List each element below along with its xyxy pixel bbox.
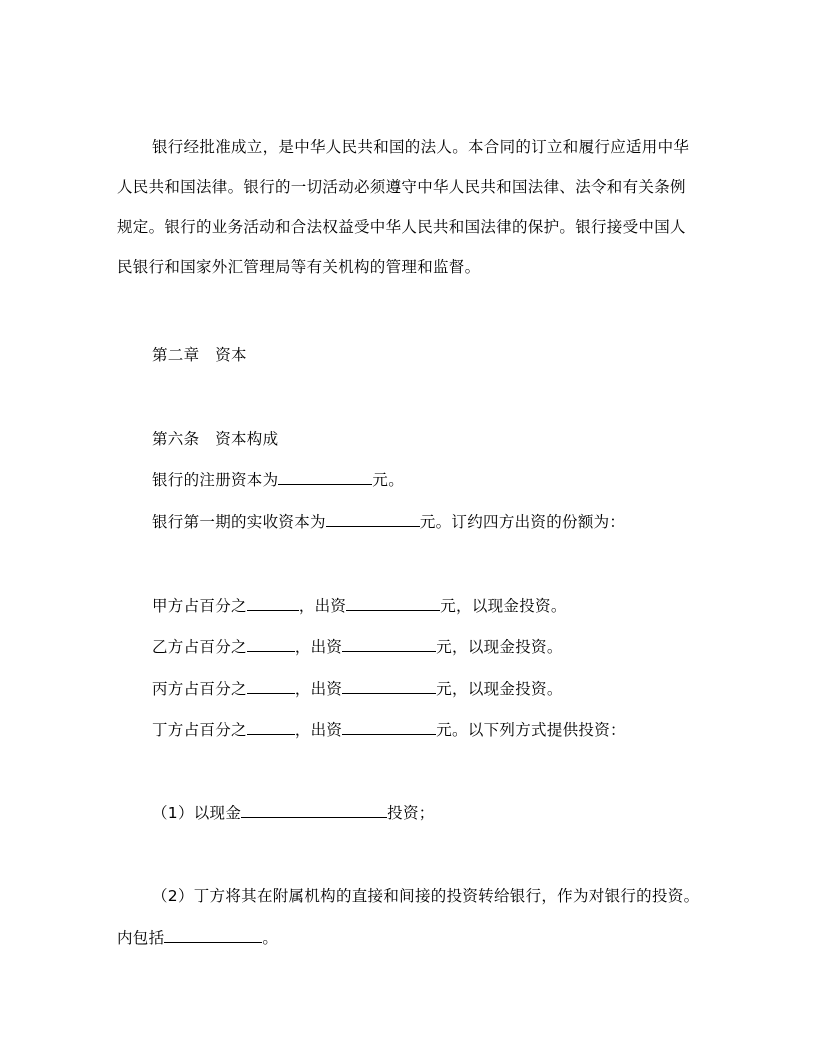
item-2-line: （2）丁方将其在附属机构的直接和间接的投资转给银行，作为对银行的投资。	[152, 887, 699, 905]
item-1-suffix: 投资；	[387, 804, 434, 822]
party-suffix: 元，以现金投资。	[436, 680, 562, 698]
item-2-suffix: 。	[262, 929, 278, 947]
party-line: 丙方占百分之，出资元，以现金投资。	[152, 679, 563, 698]
includes-blank[interactable]	[164, 928, 262, 943]
paid-in-capital-line: 银行第一期的实收资本为元。订约四方出资的份额为：	[152, 512, 625, 531]
party-label: 乙方占百分之	[152, 638, 247, 656]
registered-capital-line: 银行的注册资本为元。	[152, 470, 404, 489]
party-suffix: 元，以现金投资。	[440, 597, 566, 615]
party-line: 乙方占百分之，出资元，以现金投资。	[152, 637, 563, 656]
paid-in-capital-label: 银行第一期的实收资本为	[152, 513, 326, 531]
percent-blank[interactable]	[247, 679, 295, 694]
percent-blank[interactable]	[247, 637, 295, 652]
percent-blank[interactable]	[247, 720, 295, 735]
paid-in-capital-blank[interactable]	[326, 512, 420, 527]
party-label: 丙方占百分之	[152, 680, 247, 698]
paid-in-capital-suffix: 元。订约四方出资的份额为：	[420, 513, 625, 531]
party-suffix: 元，以现金投资。	[436, 638, 562, 656]
paragraph-line: 规定。银行的业务活动和合法权益受中华人民共和国法律的保护。银行接受中国人	[117, 218, 686, 236]
party-suffix: 元。以下列方式提供投资：	[436, 721, 626, 739]
party-line: 甲方占百分之，出资元，以现金投资。	[152, 596, 567, 615]
item-2-continuation: 内包括。	[117, 928, 278, 947]
registered-capital-blank[interactable]	[278, 470, 372, 485]
paragraph-line: 人民共和国法律。银行的一切活动必须遵守中华人民共和国法律、法令和有关条例	[117, 178, 686, 196]
amount-blank[interactable]	[342, 637, 436, 652]
party-mid: ，出资	[299, 597, 346, 615]
party-mid: ，出资	[295, 721, 342, 739]
registered-capital-suffix: 元。	[372, 471, 404, 489]
item-2-label: 内包括	[117, 929, 164, 947]
paragraph-line: 民银行和国家外汇管理局等有关机构的管理和监督。	[117, 258, 480, 276]
party-label: 丁方占百分之	[152, 721, 247, 739]
amount-blank[interactable]	[346, 596, 440, 611]
cash-blank[interactable]	[241, 803, 387, 818]
article-heading: 第六条 资本构成	[152, 430, 278, 448]
chapter-heading: 第二章 资本	[152, 346, 247, 364]
party-label: 甲方占百分之	[152, 597, 247, 615]
party-mid: ，出资	[295, 638, 342, 656]
party-mid: ，出资	[295, 680, 342, 698]
amount-blank[interactable]	[342, 679, 436, 694]
paragraph-line: 银行经批准成立，是中华人民共和国的法人。本合同的订立和履行应适用中华	[152, 138, 689, 156]
item-1-label: （1）以现金	[152, 804, 241, 822]
party-line: 丁方占百分之，出资元。以下列方式提供投资：	[152, 720, 626, 739]
item-1-line: （1）以现金投资；	[152, 803, 435, 822]
percent-blank[interactable]	[247, 596, 299, 611]
registered-capital-label: 银行的注册资本为	[152, 471, 278, 489]
amount-blank[interactable]	[342, 720, 436, 735]
